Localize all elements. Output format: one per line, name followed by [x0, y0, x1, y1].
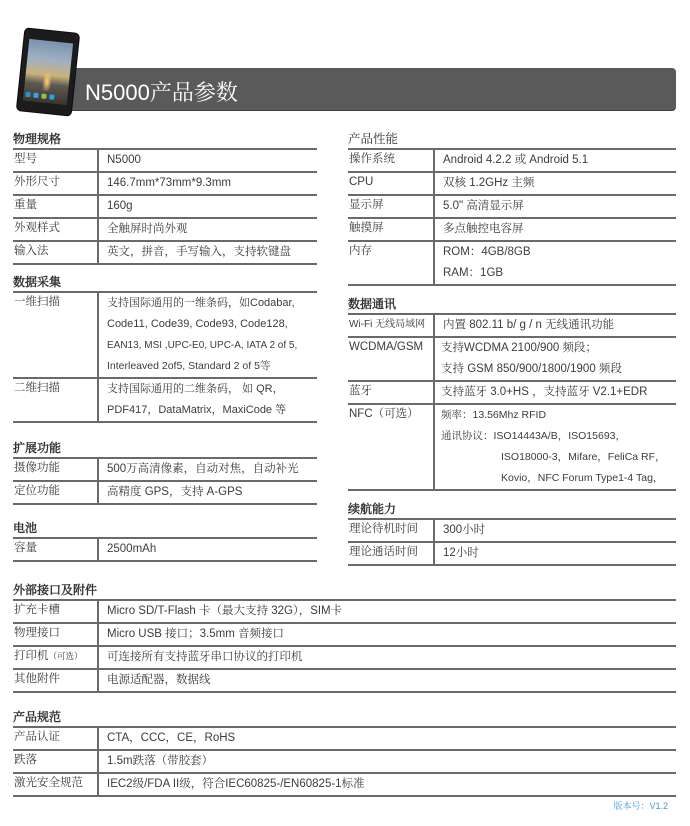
spec-table: Wi-Fi 无线局域网内置 802.11 b/ g / n 无线通讯功能 WCD…: [348, 313, 676, 491]
table-row: 蓝牙支持蓝牙 3.0+HS ，支持蓝牙 V2.1+EDR: [348, 382, 676, 405]
section-title: 产品性能: [348, 131, 676, 148]
value-line: Micro USB 接口；3.5mm 音频接口: [107, 624, 676, 645]
section-data-capture: 数据采集 一维扫描 支持国际通用的一维条码，如Codabar, Code11, …: [13, 274, 317, 423]
row-value: 1.5m跌落（带胶套）: [99, 751, 676, 772]
value-line: ISO18000-3，Mifare，FeliCa RF，: [441, 447, 676, 468]
section-physical: 物理规格 型号N5000 外形尺寸146.7mm*73mm*9.3mm 重量16…: [13, 131, 317, 265]
row-value: 支持WCDMA 2100/900 频段； 支持 GSM 850/900/1800…: [435, 338, 676, 380]
row-label: 扩充卡槽: [13, 601, 99, 622]
table-row: 理论待机时间300小时: [348, 520, 676, 543]
row-label: 重量: [13, 196, 99, 217]
row-label: 操作系统: [348, 150, 435, 171]
row-label: 产品认证: [13, 728, 99, 749]
spec-table: 容量2500mAh: [13, 537, 317, 562]
value-line: 双核 1.2GHz 主频: [443, 173, 676, 194]
section-title: 数据采集: [13, 274, 317, 291]
spec-table: 扩充卡槽Micro SD/T-Flash 卡（最大支持 32G），SIM卡 物理…: [13, 599, 676, 693]
value-line: Android 4.2.2 或 Android 5.1: [443, 150, 676, 171]
row-value: 多点触控电容屏: [435, 219, 676, 240]
value-line: PDF417，DataMatrix，MaxiCode 等: [107, 400, 317, 421]
row-value: N5000: [99, 150, 317, 171]
row-label: 物理接口: [13, 624, 99, 645]
spec-table: 一维扫描 支持国际通用的一维条码，如Codabar, Code11, Code3…: [13, 291, 317, 423]
row-label: 一维扫描: [13, 293, 99, 377]
row-value: 500万高清像素，自动对焦，自动补光: [99, 459, 317, 480]
row-label: 跌落: [13, 751, 99, 772]
spec-table: 摄像功能500万高清像素，自动对焦，自动补光 定位功能高精度 GPS，支持 A-…: [13, 457, 317, 505]
section-interfaces: 外部接口及附件 扩充卡槽Micro SD/T-Flash 卡（最大支持 32G）…: [13, 582, 676, 693]
row-label: 二维扫描: [13, 379, 99, 421]
value-line: 支持国际通用的二维条码， 如 QR，: [107, 379, 317, 400]
row-value: 146.7mm*73mm*9.3mm: [99, 173, 317, 194]
value-line: 5.0" 高清显示屏: [443, 196, 676, 217]
value-line: 2500mAh: [107, 539, 317, 560]
row-label: 打印机（可选）: [13, 647, 99, 668]
section-communication: 数据通讯 Wi-Fi 无线局域网内置 802.11 b/ g / n 无线通讯功…: [348, 296, 676, 491]
table-row: 容量2500mAh: [13, 539, 317, 562]
value-line: 500万高清像素，自动对焦，自动补光: [107, 459, 317, 480]
row-label: 外观样式: [13, 219, 99, 240]
section-title: 外部接口及附件: [13, 582, 676, 599]
table-row: 输入法英文，拼音，手写输入，支持软键盘: [13, 242, 317, 265]
row-label: 理论待机时间: [348, 520, 435, 541]
row-value: 高精度 GPS，支持 A-GPS: [99, 482, 317, 503]
row-value: 频率：13.56Mhz RFID 通讯协议：ISO14443A/B，ISO156…: [435, 405, 676, 489]
section-title: 数据通讯: [348, 296, 676, 313]
table-row: Wi-Fi 无线局域网内置 802.11 b/ g / n 无线通讯功能: [348, 315, 676, 338]
row-label: CPU: [348, 173, 435, 194]
row-value: IEC2级/FDA II级，符合IEC60825-/EN60825-1标准: [99, 774, 676, 795]
value-line: CTA，CCC，CE，RoHS: [107, 728, 676, 749]
spec-table: 理论待机时间300小时 理论通话时间12小时: [348, 518, 676, 566]
section-endurance: 续航能力 理论待机时间300小时 理论通话时间12小时: [348, 501, 676, 566]
row-label: 蓝牙: [348, 382, 435, 403]
row-value: 支持蓝牙 3.0+HS ，支持蓝牙 V2.1+EDR: [435, 382, 676, 403]
sunset-glow: [42, 73, 52, 92]
section-title: 产品规范: [13, 709, 676, 726]
table-row: 操作系统Android 4.2.2 或 Android 5.1: [348, 150, 676, 173]
row-value: 支持国际通用的二维条码， 如 QR， PDF417，DataMatrix，Max…: [99, 379, 317, 421]
row-value: 内置 802.11 b/ g / n 无线通讯功能: [435, 315, 676, 336]
row-label: 容量: [13, 539, 99, 560]
phone-product-image: [16, 27, 80, 116]
table-row: 二维扫描 支持国际通用的二维条码， 如 QR， PDF417，DataMatri…: [13, 379, 317, 423]
row-value: 5.0" 高清显示屏: [435, 196, 676, 217]
section-compliance: 产品规范 产品认证CTA，CCC，CE，RoHS 跌落1.5m跌落（带胶套） 激…: [13, 709, 676, 797]
row-label: 定位功能: [13, 482, 99, 503]
table-row: NFC（可选） 频率：13.56Mhz RFID 通讯协议：ISO14443A/…: [348, 405, 676, 491]
row-value: 英文，拼音，手写输入，支持软键盘: [99, 242, 317, 263]
value-line: 频率：13.56Mhz RFID: [441, 405, 676, 426]
table-row: WCDMA/GSM 支持WCDMA 2100/900 频段； 支持 GSM 85…: [348, 338, 676, 382]
table-row: 其他附件电源适配器，数据线: [13, 670, 676, 693]
version-label: 版本号：V1.2: [613, 799, 668, 812]
value-line: 全触屏时尚外观: [107, 219, 317, 240]
table-row: 摄像功能500万高清像素，自动对焦，自动补光: [13, 459, 317, 482]
row-label: 型号: [13, 150, 99, 171]
value-line: 12小时: [443, 543, 676, 564]
table-row: 触摸屏多点触控电容屏: [348, 219, 676, 242]
value-line: Micro SD/T-Flash 卡（最大支持 32G），SIM卡: [107, 601, 676, 622]
table-row: 打印机（可选）可连接所有支持蓝牙串口协议的打印机: [13, 647, 676, 670]
table-row: 外形尺寸146.7mm*73mm*9.3mm: [13, 173, 317, 196]
value-line: 支持蓝牙 3.0+HS ，支持蓝牙 V2.1+EDR: [441, 382, 676, 403]
table-row: 扩充卡槽Micro SD/T-Flash 卡（最大支持 32G），SIM卡: [13, 601, 676, 624]
row-label: WCDMA/GSM: [348, 338, 435, 380]
value-line: 通讯协议：ISO14443A/B，ISO15693，: [441, 426, 676, 447]
label-text: 打印机: [14, 650, 49, 662]
row-label: 其他附件: [13, 670, 99, 691]
table-row: CPU双核 1.2GHz 主频: [348, 173, 676, 196]
table-row: 产品认证CTA，CCC，CE，RoHS: [13, 728, 676, 751]
section-title: 电池: [13, 520, 317, 537]
section-title: 扩展功能: [13, 440, 317, 457]
row-label: NFC（可选）: [348, 405, 435, 489]
value-line: 支持 GSM 850/900/1800/1900 频段: [441, 359, 676, 380]
table-row: 激光安全规范IEC2级/FDA II级，符合IEC60825-/EN60825-…: [13, 774, 676, 797]
value-line: 多点触控电容屏: [443, 219, 676, 240]
row-value: 支持国际通用的一维条码，如Codabar, Code11, Code39, Co…: [99, 293, 317, 377]
table-row: 外观样式全触屏时尚外观: [13, 219, 317, 242]
table-row: 型号N5000: [13, 150, 317, 173]
row-label: 触摸屏: [348, 219, 435, 240]
table-row: 理论通话时间12小时: [348, 543, 676, 566]
value-line: N5000: [107, 150, 317, 171]
row-value: ROM：4GB/8GB RAM：1GB: [435, 242, 676, 284]
value-line: 电源适配器，数据线: [107, 670, 676, 691]
row-value: 电源适配器，数据线: [99, 670, 676, 691]
value-line: ROM：4GB/8GB: [443, 242, 676, 263]
row-value: Micro USB 接口；3.5mm 音频接口: [99, 624, 676, 645]
value-line: Code11, Code39, Code93, Code128,: [107, 314, 317, 335]
row-value: Android 4.2.2 或 Android 5.1: [435, 150, 676, 171]
value-line: 300小时: [443, 520, 676, 541]
row-label: 摄像功能: [13, 459, 99, 480]
value-line: 英文，拼音，手写输入，支持软键盘: [107, 242, 317, 263]
spec-table: 产品认证CTA，CCC，CE，RoHS 跌落1.5m跌落（带胶套） 激光安全规范…: [13, 726, 676, 797]
section-title: 物理规格: [13, 131, 317, 148]
table-row: 内存 ROM：4GB/8GB RAM：1GB: [348, 242, 676, 286]
row-value: CTA，CCC，CE，RoHS: [99, 728, 676, 749]
value-line: EAN13, MSI ,UPC-E0, UPC-A, IATA 2 of 5,: [107, 335, 317, 356]
row-label: 显示屏: [348, 196, 435, 217]
spec-table: 型号N5000 外形尺寸146.7mm*73mm*9.3mm 重量160g 外观…: [13, 148, 317, 265]
value-line: RAM：1GB: [443, 263, 676, 284]
value-line: 内置 802.11 b/ g / n 无线通讯功能: [443, 315, 676, 336]
row-label: 内存: [348, 242, 435, 284]
spec-table: 操作系统Android 4.2.2 或 Android 5.1 CPU双核 1.…: [348, 148, 676, 286]
table-row: 跌落1.5m跌落（带胶套）: [13, 751, 676, 774]
table-row: 显示屏5.0" 高清显示屏: [348, 196, 676, 219]
row-label: 输入法: [13, 242, 99, 263]
row-value: 12小时: [435, 543, 676, 564]
table-row: 重量160g: [13, 196, 317, 219]
table-row: 物理接口Micro USB 接口；3.5mm 音频接口: [13, 624, 676, 647]
value-line: 1.5m跌落（带胶套）: [107, 751, 676, 772]
section-title: 续航能力: [348, 501, 676, 518]
section-battery: 电池 容量2500mAh: [13, 520, 317, 562]
section-extended: 扩展功能 摄像功能500万高清像素，自动对焦，自动补光 定位功能高精度 GPS，…: [13, 440, 317, 505]
row-label: 激光安全规范: [13, 774, 99, 795]
row-value: 全触屏时尚外观: [99, 219, 317, 240]
row-value: 双核 1.2GHz 主频: [435, 173, 676, 194]
row-value: 160g: [99, 196, 317, 217]
value-line: IEC2级/FDA II级，符合IEC60825-/EN60825-1标准: [107, 774, 676, 795]
row-value: 300小时: [435, 520, 676, 541]
label-note: （可选）: [49, 651, 83, 661]
row-value: Micro SD/T-Flash 卡（最大支持 32G），SIM卡: [99, 601, 676, 622]
value-line: 146.7mm*73mm*9.3mm: [107, 173, 317, 194]
table-row: 一维扫描 支持国际通用的一维条码，如Codabar, Code11, Code3…: [13, 293, 317, 379]
section-performance: 产品性能 操作系统Android 4.2.2 或 Android 5.1 CPU…: [348, 131, 676, 286]
table-row: 定位功能高精度 GPS，支持 A-GPS: [13, 482, 317, 505]
value-line: 可连接所有支持蓝牙串口协议的打印机: [107, 647, 676, 668]
row-label: Wi-Fi 无线局域网: [348, 315, 435, 336]
value-line: Kovio，NFC Forum Type1-4 Tag，: [441, 468, 676, 489]
row-value: 可连接所有支持蓝牙串口协议的打印机: [99, 647, 676, 668]
value-line: 支持国际通用的一维条码，如Codabar,: [107, 293, 317, 314]
row-value: 2500mAh: [99, 539, 317, 560]
value-line: 160g: [107, 196, 317, 217]
page-title: N5000产品参数: [85, 76, 238, 107]
value-line: 高精度 GPS，支持 A-GPS: [107, 482, 317, 503]
row-label: 外形尺寸: [13, 173, 99, 194]
value-line: 支持WCDMA 2100/900 频段；: [441, 338, 676, 359]
value-line: Interleaved 2of5, Standard 2 of 5等: [107, 356, 317, 377]
row-label: 理论通话时间: [348, 543, 435, 564]
